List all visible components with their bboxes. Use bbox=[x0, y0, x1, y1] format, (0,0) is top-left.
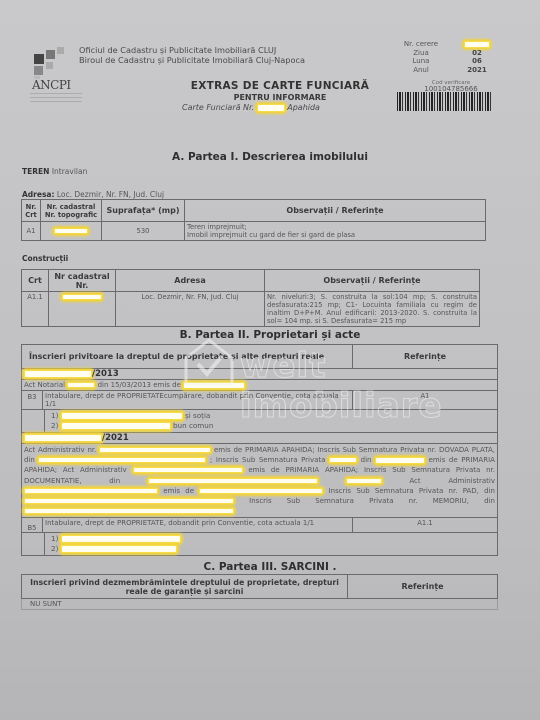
owner-num: 2) bbox=[51, 544, 58, 553]
redacted bbox=[346, 478, 382, 484]
cell-cadastral bbox=[49, 292, 116, 327]
request-meta: Nr. cerere Ziua02 Luna06 Anul2021 bbox=[390, 40, 502, 75]
owner-num: 1) bbox=[51, 411, 58, 420]
col-header: Nr. cadastral Nr. topografic bbox=[41, 200, 102, 222]
obs-line: Teren imprejmuit; bbox=[187, 223, 483, 231]
redacted bbox=[133, 467, 243, 473]
cell-adresa: Loc. Dezmir, Nr. FN, Jud. Cluj bbox=[116, 292, 265, 327]
redacted bbox=[38, 457, 206, 463]
act-text: Inscris Sub Semnatura Privata nr. PAD, d… bbox=[329, 487, 495, 495]
sarcini-table: Inscrieri privind dezmembrămintele drept… bbox=[21, 574, 498, 610]
meta-value bbox=[452, 40, 502, 49]
cell-cadastral bbox=[41, 222, 102, 241]
part-a-title: A. Partea I. Descrierea imobilului bbox=[0, 151, 540, 163]
act-text: din bbox=[361, 456, 372, 464]
teren-value: Intravilan bbox=[52, 167, 88, 176]
owner-suffix: bun comun bbox=[173, 421, 213, 430]
meta-value: 06 bbox=[452, 57, 502, 66]
act-type: Act Notarial bbox=[24, 381, 65, 389]
meta-key: Anul bbox=[390, 66, 452, 75]
entry-text: Intabulare, drept de PROPRIETATE, doband… bbox=[42, 518, 352, 532]
teren-table: Nr. Crt Nr. cadastral Nr. topografic Sup… bbox=[21, 199, 486, 241]
act-date: din 15/03/2013 emis de bbox=[98, 381, 181, 389]
cf-label: Carte Funciară Nr. bbox=[182, 103, 254, 112]
redacted bbox=[99, 447, 211, 453]
adresa-label: Adresa: bbox=[22, 190, 54, 199]
cell-crt: A1.1 bbox=[22, 292, 49, 327]
verification-code: Cod verificare 100104785666 bbox=[396, 80, 506, 92]
col-header: Suprafața* (mp) bbox=[102, 200, 185, 222]
meta-key: Ziua bbox=[390, 49, 452, 58]
owner-num: 1) bbox=[51, 534, 58, 543]
col-header: Crt bbox=[22, 270, 49, 292]
office-block: Oficiul de Cadastru și Publicitate Imobi… bbox=[79, 45, 305, 65]
owner-item: 1) și soția bbox=[51, 411, 491, 421]
redacted-cf-number bbox=[257, 104, 285, 112]
col-header: Referințe bbox=[353, 345, 498, 369]
office-line-2: Biroul de Cadastru și Publicitate Imobil… bbox=[79, 55, 305, 65]
adresa-value: Loc. Dezmir, Nr. FN, Jud. Cluj bbox=[57, 190, 164, 199]
document-subtitle: PENTRU INFORMARE bbox=[170, 93, 390, 102]
owner-item: 2) bbox=[51, 544, 491, 554]
owner-item: 1) bbox=[51, 534, 491, 544]
entry-code: B3 bbox=[22, 391, 42, 409]
redacted bbox=[24, 488, 158, 494]
logo-name: ANCPI bbox=[32, 78, 71, 92]
redacted-cadastral bbox=[54, 228, 88, 234]
meta-key: Luna bbox=[390, 57, 452, 66]
meta-value: 2021 bbox=[452, 66, 502, 75]
part-c-title: C. Partea III. SARCINI . bbox=[0, 561, 540, 573]
act-text: Act Administrativ nr. bbox=[24, 446, 96, 454]
redacted-issuer bbox=[183, 382, 245, 389]
redacted-owner bbox=[61, 412, 183, 420]
cell-observatii: Teren imprejmuit; Imobil imprejmuit cu g… bbox=[185, 222, 486, 241]
redacted-act-number bbox=[67, 382, 95, 388]
entry-body: B3 Intabulare, drept de PROPRIETATEcumpă… bbox=[22, 391, 353, 410]
col-header: Înscrieri privitoare la dreptul de propr… bbox=[22, 345, 353, 369]
redacted-entry-number bbox=[24, 434, 102, 442]
owner-item: 2) bun comun bbox=[51, 421, 491, 431]
teren-line: TEREN Intravilan bbox=[22, 167, 87, 176]
barcode bbox=[397, 92, 492, 111]
meta-key: Nr. cerere bbox=[390, 40, 452, 49]
redacted bbox=[24, 498, 234, 504]
redacted bbox=[148, 478, 318, 484]
entry-code: B5 bbox=[22, 518, 42, 532]
act-text: ; Inscris Sub Semnatura Privata bbox=[210, 456, 326, 464]
act-text: emis de bbox=[163, 487, 194, 495]
redacted bbox=[375, 457, 425, 464]
part-b-title: B. Partea II. Proprietari și acte bbox=[0, 329, 540, 341]
redacted-owner bbox=[61, 422, 171, 430]
owners-row: 1) și soția 2) bun comun bbox=[22, 410, 498, 433]
col-header: Nr cadastral Nr. bbox=[49, 270, 116, 292]
redacted-entry-number bbox=[24, 370, 92, 378]
entry-year-row: /2013 bbox=[22, 369, 498, 380]
table-row: B5 Intabulare, drept de PROPRIETATE, dob… bbox=[22, 518, 498, 533]
office-line-1: Oficiul de Cadastru și Publicitate Imobi… bbox=[79, 45, 305, 55]
col-header: Nr. Crt bbox=[22, 200, 41, 222]
redacted bbox=[24, 508, 234, 514]
redacted bbox=[199, 488, 323, 494]
sarcini-value: NU SUNT bbox=[22, 599, 498, 610]
owner-suffix: și soția bbox=[185, 411, 210, 420]
constructii-table: Crt Nr cadastral Nr. Adresa Observații /… bbox=[21, 269, 480, 327]
owners-row: 1) 2) bbox=[22, 533, 498, 556]
adresa-line: Adresa: Loc. Dezmir, Nr. FN, Jud. Cluj bbox=[22, 190, 164, 199]
cf-locality: Apahida bbox=[287, 103, 320, 112]
entry-ref: A1.1 bbox=[353, 518, 498, 533]
act-text: Act Administrativ bbox=[409, 477, 495, 485]
redacted bbox=[329, 457, 357, 463]
constructii-label: Construcții bbox=[22, 254, 68, 263]
redacted-owner bbox=[61, 535, 181, 543]
table-row: B3 Intabulare, drept de PROPRIETATEcumpă… bbox=[22, 391, 498, 410]
cell-crt: A1 bbox=[22, 222, 41, 241]
col-header: Adresa bbox=[116, 270, 265, 292]
entry-year: /2013 bbox=[92, 369, 119, 379]
table-row: A1.1 Loc. Dezmir, Nr. FN, Jud. Cluj Nr. … bbox=[22, 292, 480, 327]
cell-suprafata: 530 bbox=[102, 222, 185, 241]
entry-ref: A1 bbox=[353, 391, 498, 410]
document-title: EXTRAS DE CARTE FUNCIARĂ bbox=[170, 80, 390, 92]
teren-label: TEREN bbox=[22, 167, 49, 176]
logo-subtext bbox=[30, 93, 82, 105]
table-row: A1 530 Teren imprejmuit; Imobil imprejmu… bbox=[22, 222, 486, 241]
entry-year: /2021 bbox=[102, 433, 129, 443]
document-page: ANCPI Oficiul de Cadastru și Publicitate… bbox=[0, 0, 540, 720]
entry-text: Intabulare, drept de PROPRIETATEcumpărar… bbox=[42, 391, 352, 409]
col-header: Inscrieri privind dezmembrămintele drept… bbox=[22, 575, 348, 599]
entry-body: B5 Intabulare, drept de PROPRIETATE, dob… bbox=[22, 518, 353, 533]
col-header: Observații / Referințe bbox=[265, 270, 480, 292]
obs-line: Imobil imprejmuit cu gard de fier si gar… bbox=[187, 231, 483, 239]
owner-num: 2) bbox=[51, 421, 58, 430]
meta-value: 02 bbox=[452, 49, 502, 58]
cf-number-line: Carte Funciară Nr. Apahida bbox=[182, 103, 320, 112]
entry-year-row: /2021 bbox=[22, 433, 498, 444]
cell-observatii: Nr. niveluri:3; S. construita la sol:104… bbox=[265, 292, 480, 327]
proprietari-table: Înscrieri privitoare la dreptul de propr… bbox=[21, 344, 498, 556]
table-row: NU SUNT bbox=[22, 599, 498, 610]
act-text: Inscris Sub Semnatura Privata nr. MEMORI… bbox=[249, 497, 495, 505]
redacted-cadastral bbox=[62, 294, 102, 300]
col-header: Observații / Referințe bbox=[185, 200, 486, 222]
act-row: Act Administrativ nr. emis de PRIMARIA A… bbox=[22, 444, 498, 518]
col-header: Referințe bbox=[348, 575, 498, 599]
redacted-owner bbox=[61, 545, 177, 553]
act-row: Act Notarial din 15/03/2013 emis de bbox=[22, 380, 498, 391]
